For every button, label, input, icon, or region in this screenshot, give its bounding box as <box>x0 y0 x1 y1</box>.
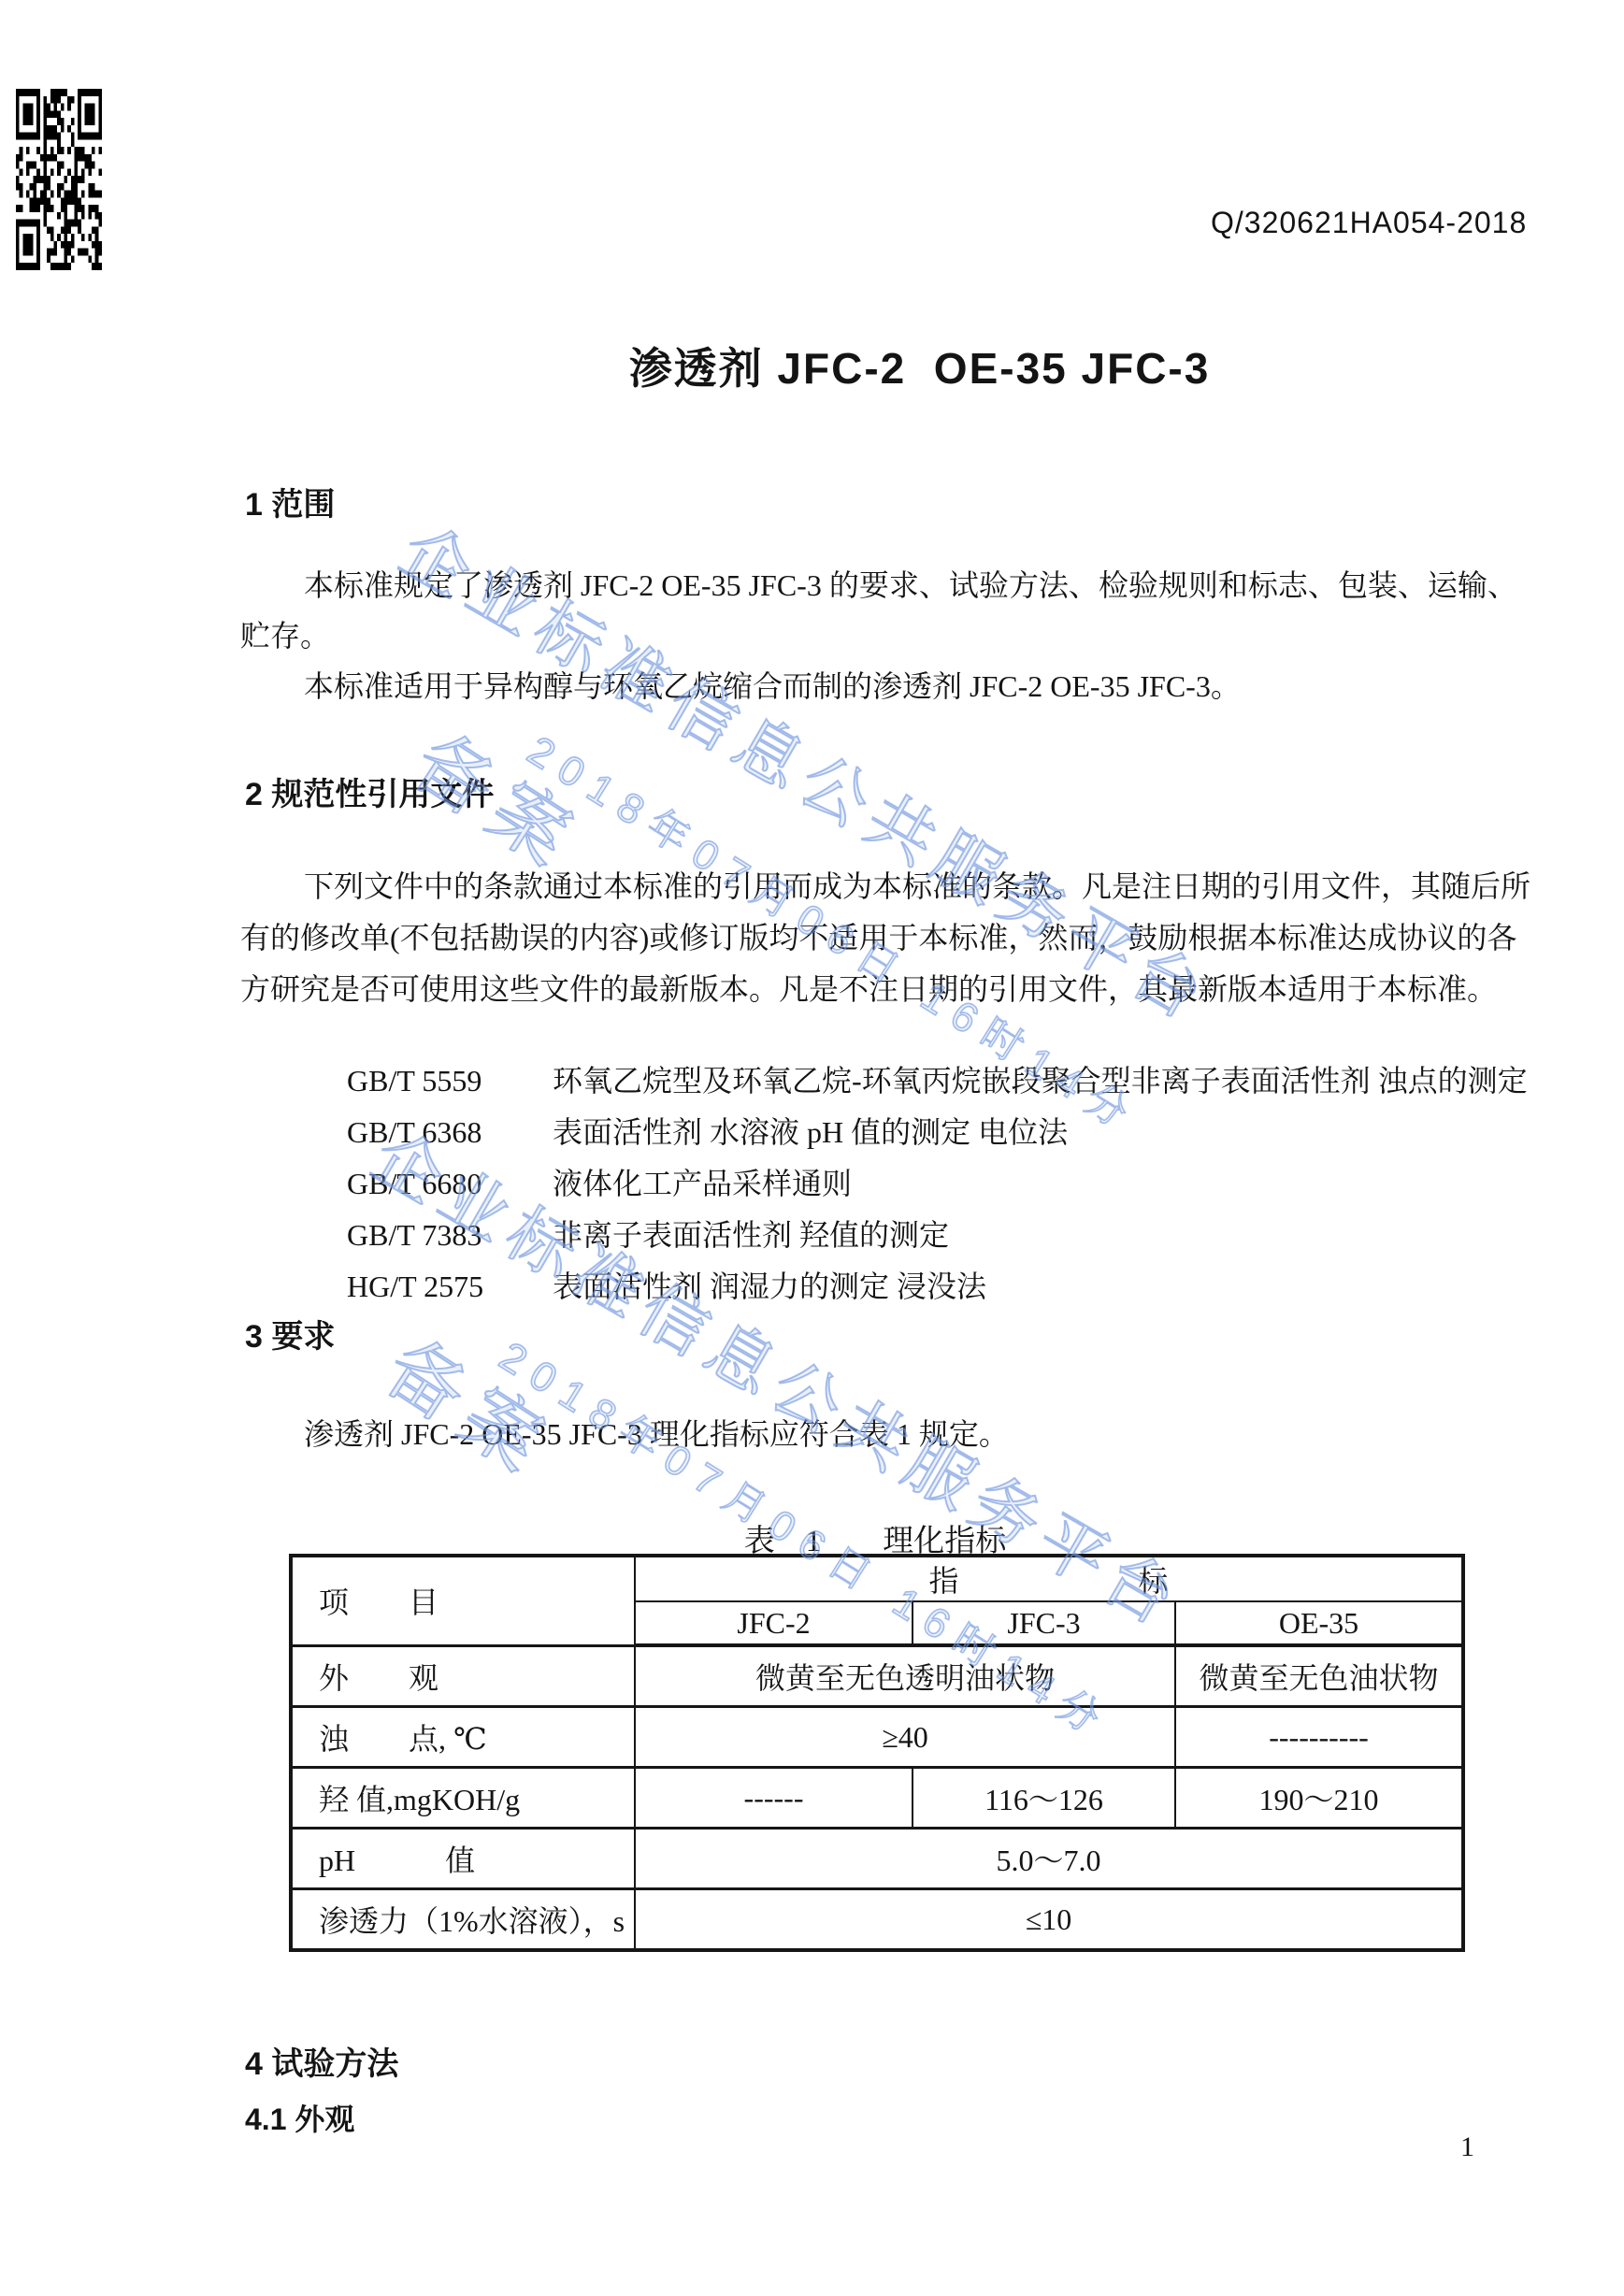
doc-number: Q/320621HA054-2018 <box>1211 206 1527 240</box>
page-title: 渗透剂 JFC-2 OE-35 JFC-3 <box>108 335 1624 396</box>
reference-code: HG/T 2575 <box>347 1270 553 1304</box>
table-cell: 微黄至无色透明油状物 <box>635 1645 1175 1707</box>
section-1-paragraph-line-3: 本标准适用于异构醇与环氧乙烷缩合而制的渗透剂 JFC-2 OE-35 JFC-3… <box>304 667 1241 707</box>
table-header-jfc2: JFC-2 <box>635 1601 913 1645</box>
table-header-oe35: OE-35 <box>1175 1601 1463 1645</box>
section-2-paragraph-line-2: 有的修改单(不包括勘误的内容)或修订版均不适用于本标准，然而，鼓励根据本标准达成… <box>240 919 1516 958</box>
section-4-1-heading: 4.1 外观 <box>245 2096 354 2139</box>
qr-code <box>16 89 102 270</box>
table-header-row: 项 目 指 标 <box>291 1556 1463 1601</box>
table-row-ph: pH 值 5.0～7.0 <box>291 1829 1463 1889</box>
section-2-heading: 2 规范性引用文件 <box>245 768 494 814</box>
document-page: Q/320621HA054-2018 渗透剂 JFC-2 OE-35 JFC-3… <box>0 0 1624 2296</box>
table-cell: ------ <box>635 1768 913 1829</box>
row-label: 浊 点, ℃ <box>291 1707 635 1768</box>
table-cell: ≥40 <box>635 1707 1175 1768</box>
table-row-appearance: 外 观 微黄至无色透明油状物 微黄至无色油状物 <box>291 1645 1463 1707</box>
row-label: 羟 值,mgKOH/g <box>291 1768 635 1829</box>
table-row-cloud-point: 浊 点, ℃ ≥40 ---------- <box>291 1707 1463 1768</box>
section-2-paragraph-line-3: 方研究是否可使用这些文件的最新版本。凡是不注日期的引用文件，其最新版本适用于本标… <box>240 970 1497 1010</box>
table-header-item: 项 目 <box>291 1556 635 1645</box>
section-2-paragraph-line-1: 下列文件中的条款通过本标准的引用而成为本标准的条款。凡是注日期的引用文件，其随后… <box>304 868 1531 907</box>
table-row-hydroxyl-value: 羟 值,mgKOH/g ------ 116～126 190～210 <box>291 1768 1463 1829</box>
table-header-indicator: 指 标 <box>635 1556 1463 1601</box>
row-label: 外 观 <box>291 1645 635 1707</box>
spec-table: 项 目 指 标 JFC-2 JFC-3 OE-35 外 观 微黄至无色透明油状物… <box>289 1554 1465 1952</box>
table-cell: ≤10 <box>635 1889 1463 1951</box>
row-label: pH 值 <box>291 1829 635 1889</box>
table-cell: 190～210 <box>1175 1768 1463 1829</box>
table-cell: 微黄至无色油状物 <box>1175 1645 1463 1707</box>
section-1-paragraph-line-1: 本标准规定了渗透剂 JFC-2 OE-35 JFC-3 的要求、试验方法、检验规… <box>304 567 1517 606</box>
table-cell: 5.0～7.0 <box>635 1829 1463 1889</box>
table-header-jfc3: JFC-3 <box>913 1601 1175 1645</box>
section-4-heading: 4 试验方法 <box>245 2038 398 2084</box>
section-1-heading: 1 范围 <box>245 479 335 524</box>
table-cell: 116～126 <box>913 1768 1175 1829</box>
reference-title: 表面活性剂 润湿力的测定 浸没法 <box>553 1270 986 1303</box>
section-1-paragraph-line-2: 贮存。 <box>240 617 330 656</box>
section-3-paragraph-line-1: 渗透剂 JFC-2 OE-35 JFC-3 理化指标应符合表 1 规定。 <box>304 1415 1009 1455</box>
row-label: 渗透力（1%水溶液），s <box>291 1889 635 1951</box>
page-number: 1 <box>1460 2131 1474 2163</box>
table-row-penetration: 渗透力（1%水溶液），s ≤10 <box>291 1889 1463 1951</box>
table-cell: ---------- <box>1175 1707 1463 1768</box>
reference-item: HG/T 2575表面活性剂 润湿力的测定 浸没法 <box>302 1228 986 1341</box>
section-3-heading: 3 要求 <box>245 1311 335 1356</box>
